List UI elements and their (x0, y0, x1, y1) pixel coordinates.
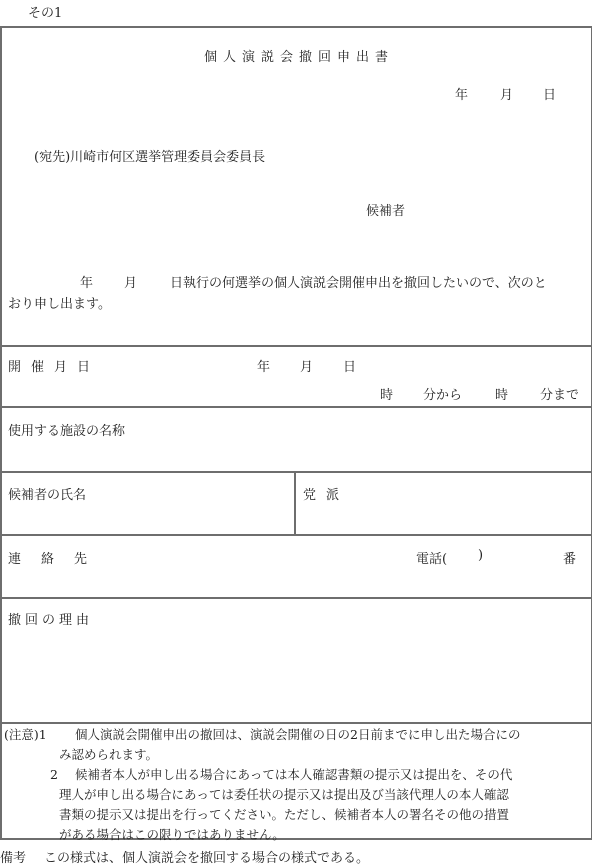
phone-label: 電話( (416, 548, 447, 567)
note-1-line-1: 個人演説会開催申出の撤回は、演説会開催の日の2日前までに申し出た場合にの (75, 725, 520, 745)
event-time-hour-from: 時 (380, 384, 393, 403)
reason-label: 撤回の理由 (8, 609, 93, 628)
note-2-number: 2 (50, 765, 58, 785)
divider (0, 406, 591, 408)
remarks-text: この様式は、個人演説会を撤回する場合の様式である。 (44, 847, 369, 865)
facility-label: 使用する施設の名称 (8, 420, 125, 439)
event-date-label: 開催月日 (8, 356, 100, 375)
phone-paren-close: ) (478, 548, 483, 563)
applicant-label: 候補者 (366, 200, 405, 219)
note-2-line-1: 候補者本人が申し出る場合にあっては本人確認書類の提示又は提出を、その代 (75, 765, 512, 785)
form-number: その1 (28, 2, 62, 21)
note-2-line-4: がある場合はこの限りではありません。 (59, 825, 285, 845)
event-date-day: 日 (343, 356, 356, 375)
party-label: 党派 (303, 484, 349, 503)
notes-heading: (注意)1 (4, 725, 47, 745)
contact-label: 連絡先 (8, 548, 107, 567)
event-time-minute-to: 分まで (540, 384, 579, 403)
submission-date-day: 日 (543, 84, 556, 103)
intro-text-line1: 日執行の何選挙の個人演説会開催申出を撤回したいので、次のと (170, 272, 547, 291)
event-time-hour-to: 時 (495, 384, 508, 403)
event-date-year: 年 (257, 356, 270, 375)
divider (0, 722, 591, 724)
divider (0, 345, 591, 347)
note-2-line-3: 書類の提示又は提出を行ってください。ただし、候補者本人の署名その他の措置 (59, 805, 509, 825)
phone-number-suffix: 番 (563, 548, 576, 567)
note-2-line-2: 理人が申し出る場合にあっては委任状の提示又は提出及び当該代理人の本人確認 (59, 785, 509, 805)
addressee: (宛先)川崎市何区選挙管理委員会委員長 (34, 146, 265, 165)
form-title: 個人演説会撤回申出書 (204, 46, 394, 65)
submission-date-year: 年 (455, 84, 468, 103)
remarks-label: 備考 (0, 847, 26, 865)
event-date-month: 月 (300, 356, 313, 375)
submission-date-month: 月 (500, 84, 513, 103)
divider-vertical (294, 471, 296, 534)
candidate-name-label: 候補者の氏名 (8, 484, 86, 503)
intro-text-line2: おり申し出ます。 (8, 293, 111, 312)
intro-month: 月 (124, 272, 137, 291)
note-1-line-2: み認められます。 (59, 745, 158, 765)
event-time-minute-from: 分から (423, 384, 462, 403)
divider (0, 534, 591, 536)
intro-year: 年 (80, 272, 93, 291)
divider (0, 597, 591, 599)
